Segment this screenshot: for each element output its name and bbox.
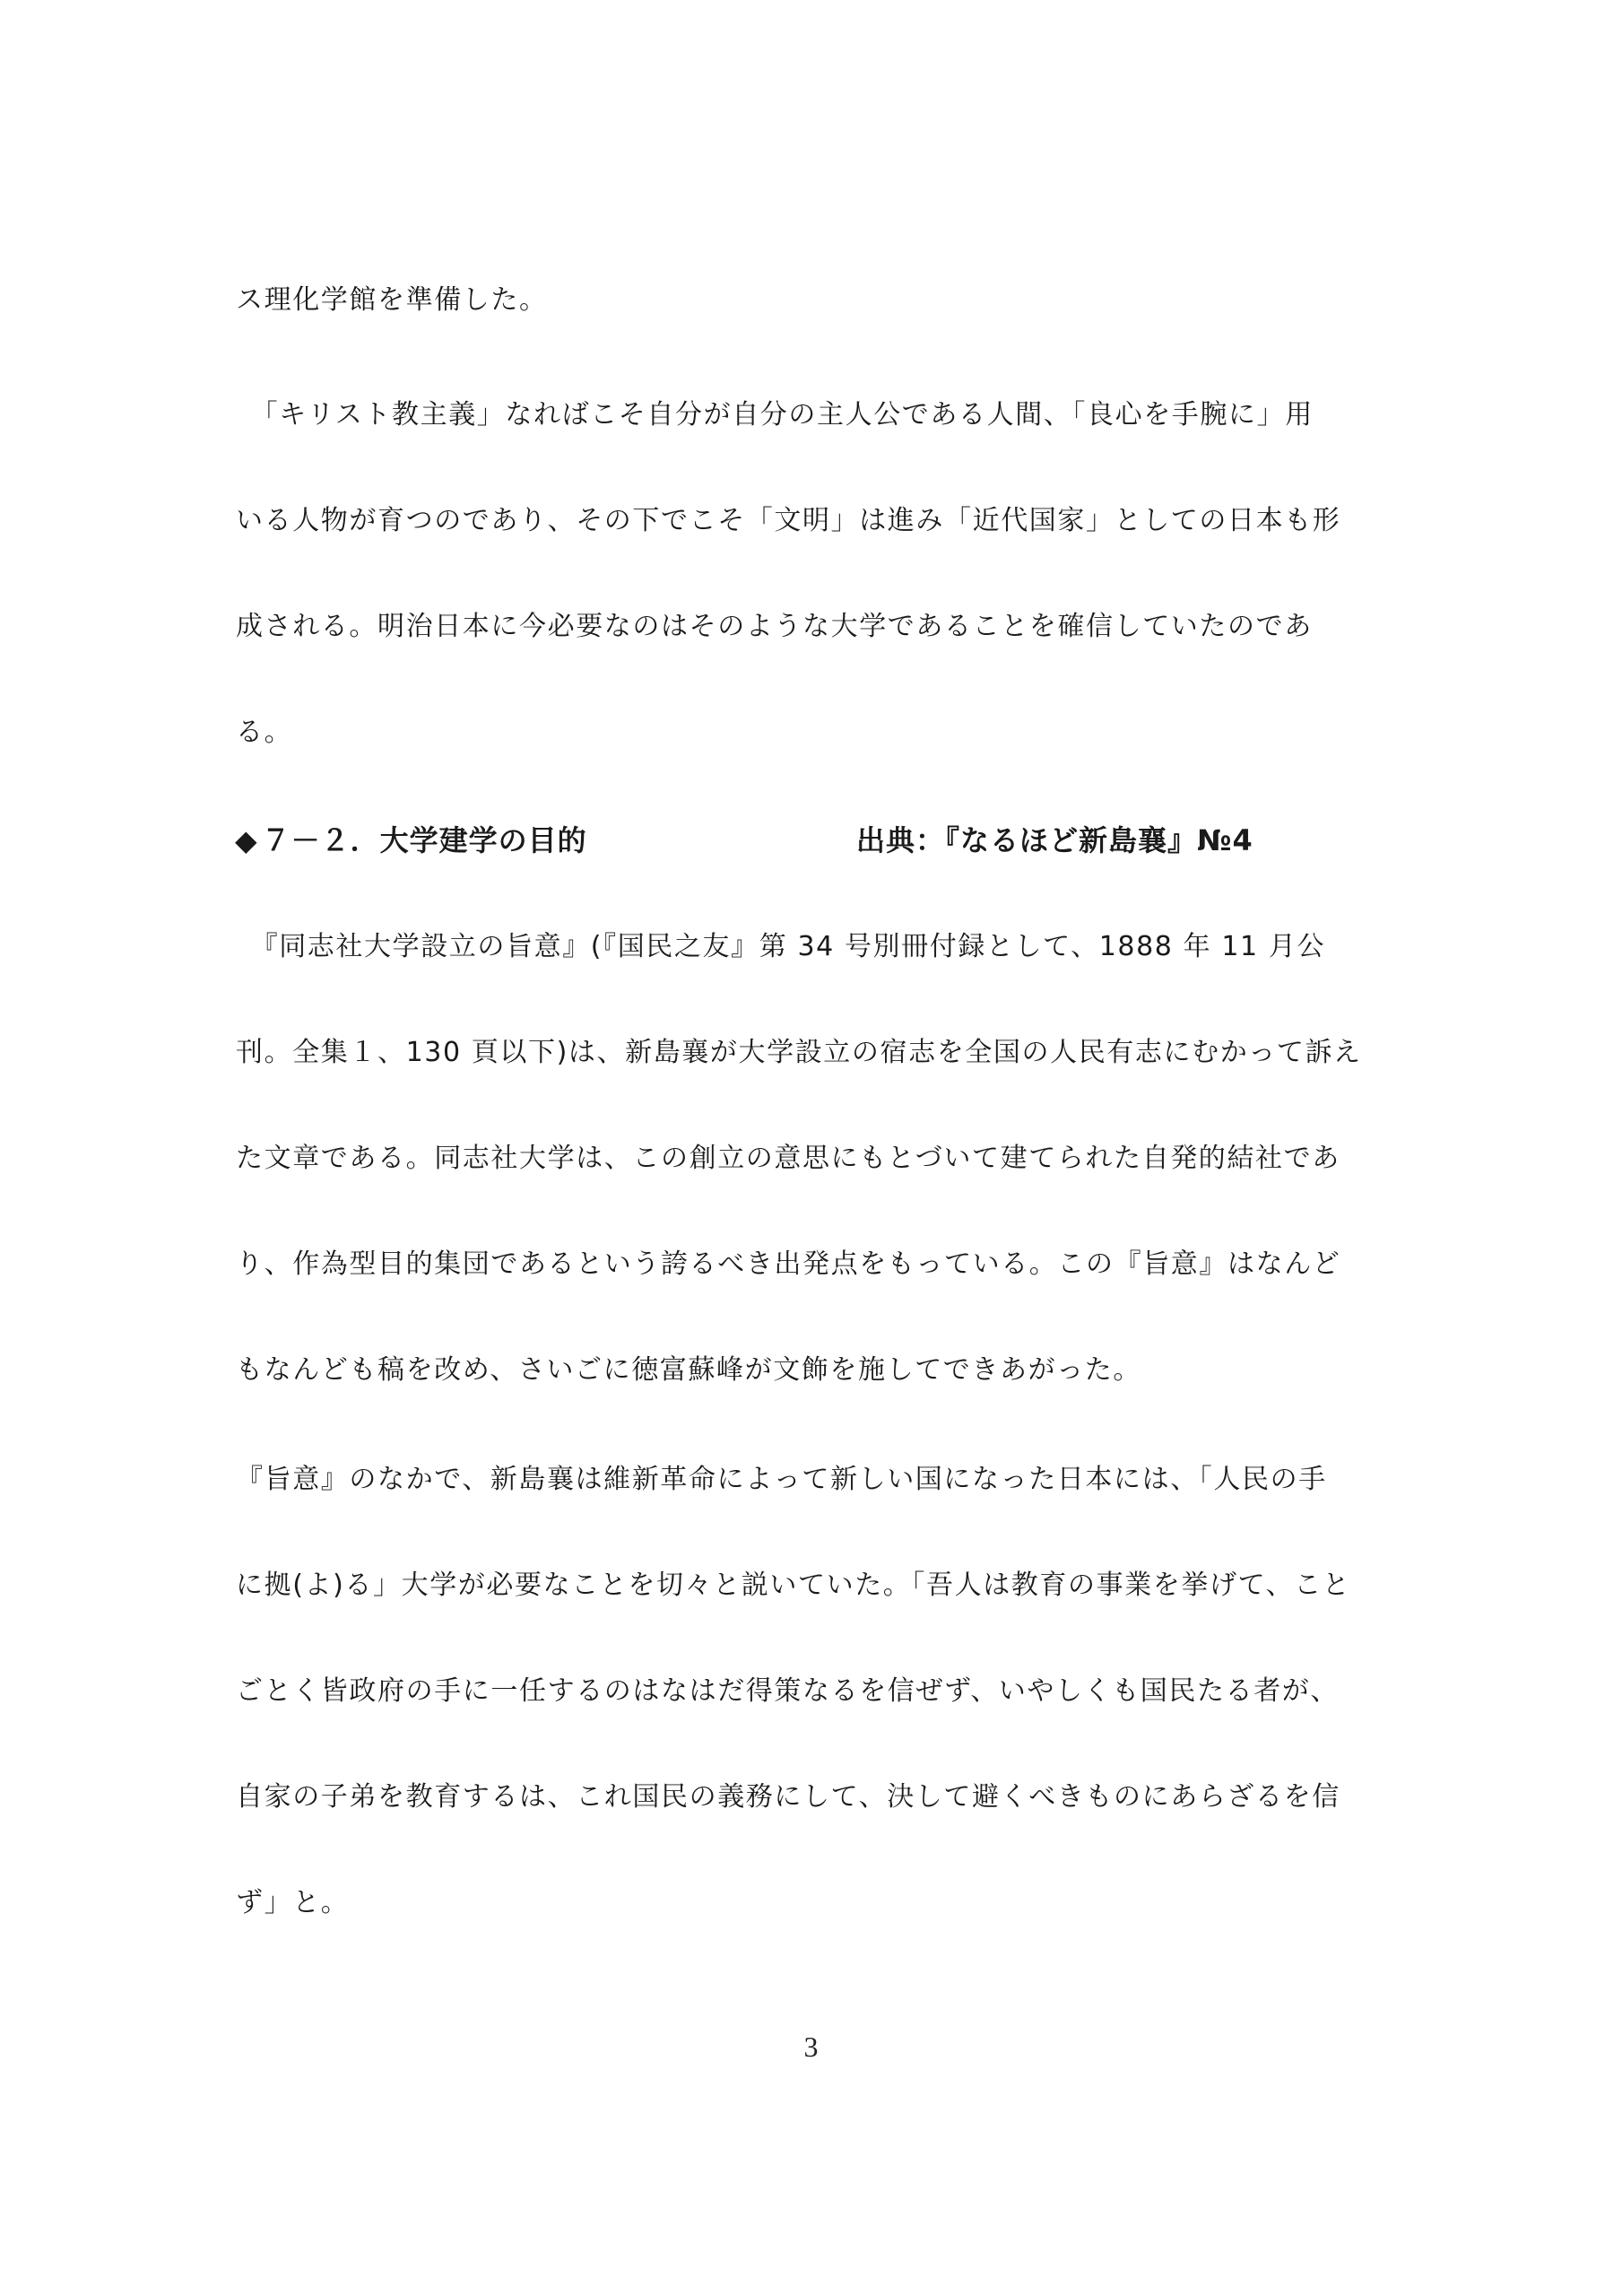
- diamond-bullet-icon: ◆: [235, 822, 258, 858]
- text-line: 成される。明治日本に今必要なのはそのような大学であることを確信していたのであ: [236, 609, 1313, 645]
- section-source-citation: 出典：『なるほど新島襄』№4: [856, 822, 1253, 858]
- text-line: ごとく皆政府の手に一任するのはなはだ得策なるを信ぜず、いやしくも国民たる者が、: [236, 1674, 1339, 1709]
- text-line: もなんども稿を改め、さいごに徳富蘇峰が文飾を施してできあがった。: [236, 1352, 1141, 1388]
- text-line: ず」と。: [236, 1885, 349, 1921]
- text-line: 『同志社大学設立の旨意』(『国民之友』第 34 号別冊付録として、1888 年 …: [236, 929, 1325, 965]
- document-page: ス理化学館を準備した。 「キリスト教主義」なればこそ自分が自分の主人公である人間…: [0, 0, 1622, 2296]
- section-title: ７－２．大学建学の目的: [262, 823, 587, 857]
- text-line: 『旨意』のなかで、新島襄は維新革命によって新しい国になった日本には、「人民の手: [236, 1462, 1327, 1498]
- page-number: 3: [0, 2029, 1622, 2065]
- text-line: 自家の子弟を教育するは、これ国民の義務にして、決して避くべきものにあらざるを信: [236, 1779, 1340, 1815]
- text-line: 刊。全集１、130 頁以下)は、新島襄が大学設立の宿志を全国の人民有志にむかって…: [236, 1035, 1362, 1071]
- text-line: いる人物が育つのであり、その下でこそ「文明」は進み「近代国家」としての日本も形: [236, 503, 1340, 539]
- text-line: ス理化学館を準備した。: [236, 283, 548, 318]
- text-line: り、作為型目的集団であるという誇るべき出発点をもっている。この『旨意』はなんど: [236, 1247, 1340, 1283]
- text-line: た文章である。同志社大学は、この創立の意思にもとづいて建てられた自発的結社であ: [236, 1141, 1340, 1177]
- text-line: 「キリスト教主義」なればこそ自分が自分の主人公である人間、「良心を手腕に」用: [236, 397, 1314, 433]
- text-line: に拠(よ)る」大学が必要なことを切々と説いていた。「吾人は教育の事業を挙げて、こ…: [236, 1568, 1350, 1604]
- section-heading: ◆７－２．大学建学の目的: [235, 822, 587, 858]
- text-line: る。: [236, 715, 292, 751]
